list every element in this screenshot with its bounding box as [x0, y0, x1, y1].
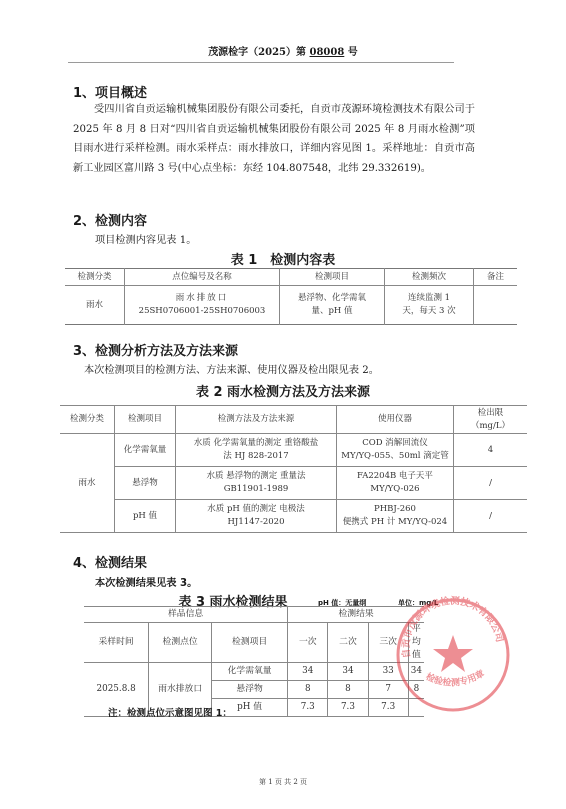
cell-average: [408, 699, 424, 717]
method-line: GB11901-1989: [178, 483, 334, 496]
method-line: 法 HJ 828-2017: [178, 450, 334, 463]
cell-method: 水质 悬浮物的测定 重量法 GB11901-1989: [176, 467, 337, 500]
instrument-line: MY/YQ-026: [339, 483, 451, 496]
cell-method: 水质 pH 值的测定 电极法 HJ1147-2020: [176, 500, 337, 533]
items-line: 悬浮物、化学需氧: [282, 292, 382, 305]
col-header: 检测分类: [65, 269, 125, 286]
items-line: 量、pH 值: [282, 305, 382, 318]
col-header: 三次: [368, 623, 408, 663]
group-header-sample-info: 样品信息: [84, 607, 288, 623]
table-header-row: 检测分类 点位编号及名称 检测项目 检测频次 备注: [65, 269, 517, 286]
cell-result-2: 7.3: [328, 699, 368, 717]
point-code: 25SH0706001-25SH0706003: [127, 305, 277, 318]
cell-limit: /: [454, 500, 528, 533]
report-number-value: 08008: [310, 47, 345, 58]
table-row: 雨水 雨水排放口 25SH0706001-25SH0706003 悬浮物、化学需…: [65, 286, 517, 325]
instrument-line: COD 消解回流仪: [339, 437, 451, 450]
note-figure-reference: 注：检测点位示意图见图 1：: [108, 705, 232, 719]
table-row: 2025.8.8 雨水排放口 化学需氧量 34 34 33 34: [84, 663, 424, 681]
section-1-title: 1、项目概述: [73, 82, 147, 101]
cell-instrument: PHBJ-260 便携式 PH 计 MY/YQ-024: [337, 500, 454, 533]
instrument-line: MY/YQ-055、50ml 滴定管: [339, 450, 451, 463]
cell-result-1: 34: [288, 663, 328, 681]
cell-average: 8: [408, 681, 424, 699]
report-number-suffix: 号: [344, 47, 357, 58]
cell-result-1: 7.3: [288, 699, 328, 717]
frequency-line: 天，每天 3 次: [387, 305, 471, 318]
table-1-caption: 表 1 检测内容表: [0, 249, 566, 268]
table-3-results: 样品信息 检测结果 采样时间 检测点位 检测项目 一次 二次 三次 平均值 20…: [84, 606, 424, 717]
cell-remark: [474, 286, 518, 325]
section-3-intro: 本次检测项目的检测方法、方法来源、使用仪器及检出限见表 2。: [84, 361, 379, 376]
col-header: 检测项目: [280, 269, 385, 286]
col-header: 平均值: [408, 623, 424, 663]
header-divider: [68, 62, 454, 63]
col-header: 一次: [288, 623, 328, 663]
cell-result-3: 7.3: [368, 699, 408, 717]
table-row: pH 值 水质 pH 值的测定 电极法 HJ1147-2020 PHBJ-260…: [60, 500, 527, 533]
section-1-body: 受四川省自贡运输机械集团股份有限公司委托，自贡市茂源环境检测技术有限公司于 20…: [73, 100, 475, 178]
instrument-line: PHBJ-260: [339, 503, 451, 516]
table-header-row: 检测分类 检测项目 检测方法及方法来源 使用仪器 检出限 （mg/L）: [60, 406, 527, 434]
table-2-caption: 表 2 雨水检测方法及方法来源: [0, 381, 566, 400]
instrument-line: FA2204B 电子天平: [339, 470, 451, 483]
frequency-line: 连续监测 1: [387, 292, 471, 305]
table-1-detection-content: 检测分类 点位编号及名称 检测项目 检测频次 备注 雨水 雨水排放口 25SH0…: [65, 268, 517, 325]
col-header: 备注: [474, 269, 518, 286]
col-header: 采样时间: [84, 623, 149, 663]
cell-items: 悬浮物、化学需氧 量、pH 值: [280, 286, 385, 325]
method-line: 水质 化学需氧量的测定 重铬酸盐: [178, 437, 334, 450]
report-number-prefix: 茂源检字（2025）第: [208, 47, 309, 58]
cell-point: 雨水排放口 25SH0706001-25SH0706003: [125, 286, 280, 325]
report-number-header: 茂源检字（2025）第 08008 号: [0, 43, 566, 58]
col-header: 使用仪器: [337, 406, 454, 434]
col-header: 检测点位: [149, 623, 212, 663]
col-header: 检测项目: [115, 406, 176, 434]
limit-label: 检出限: [456, 407, 525, 420]
cell-result-2: 8: [328, 681, 368, 699]
col-header: 检测项目: [212, 623, 288, 663]
method-line: 水质 悬浮物的测定 重量法: [178, 470, 334, 483]
cell-result-2: 34: [328, 663, 368, 681]
limit-unit: （mg/L）: [456, 420, 525, 433]
section-3-title: 3、检测分析方法及方法来源: [73, 340, 238, 359]
cell-instrument: COD 消解回流仪 MY/YQ-055、50ml 滴定管: [337, 434, 454, 467]
cell-result-3: 7: [368, 681, 408, 699]
table-2-methods: 检测分类 检测项目 检测方法及方法来源 使用仪器 检出限 （mg/L） 雨水 化…: [60, 405, 527, 533]
cell-category: 雨水: [60, 434, 115, 533]
cell-item: 化学需氧量: [115, 434, 176, 467]
table-row: 雨水 化学需氧量 水质 化学需氧量的测定 重铬酸盐 法 HJ 828-2017 …: [60, 434, 527, 467]
cell-item: 悬浮物: [212, 681, 288, 699]
table-row: 悬浮物 水质 悬浮物的测定 重量法 GB11901-1989 FA2204B 电…: [60, 467, 527, 500]
col-header: 检测频次: [385, 269, 474, 286]
cell-result-1: 8: [288, 681, 328, 699]
seal-inner-text: 检验检测专用章: [424, 667, 487, 689]
table-header-row: 采样时间 检测点位 检测项目 一次 二次 三次 平均值: [84, 623, 424, 663]
cell-method: 水质 化学需氧量的测定 重铬酸盐 法 HJ 828-2017: [176, 434, 337, 467]
svg-text:检验检测专用章: 检验检测专用章: [424, 667, 487, 689]
cell-item: 化学需氧量: [212, 663, 288, 681]
section-4-intro: 本次检测结果见表 3。: [95, 574, 197, 589]
page-footer: 第 1 页 共 2 页: [0, 777, 566, 787]
cell-item: pH 值: [115, 500, 176, 533]
col-header: 检测方法及方法来源: [176, 406, 337, 434]
group-header-row: 样品信息 检测结果: [84, 607, 424, 623]
section-2-title: 2、检测内容: [73, 210, 147, 229]
cell-item: 悬浮物: [115, 467, 176, 500]
cell-instrument: FA2204B 电子天平 MY/YQ-026: [337, 467, 454, 500]
col-header: 二次: [328, 623, 368, 663]
cell-average: 34: [408, 663, 424, 681]
col-header-limit: 检出限 （mg/L）: [454, 406, 528, 434]
instrument-line: 便携式 PH 计 MY/YQ-024: [339, 516, 451, 529]
section-4-title: 4、检测结果: [73, 552, 147, 571]
method-line: 水质 pH 值的测定 电极法: [178, 503, 334, 516]
col-header: 点位编号及名称: [125, 269, 280, 286]
cell-result-3: 33: [368, 663, 408, 681]
cell-limit: /: [454, 467, 528, 500]
section-2-intro: 项目检测内容见表 1。: [95, 231, 196, 246]
cell-frequency: 连续监测 1 天，每天 3 次: [385, 286, 474, 325]
cell-limit: 4: [454, 434, 528, 467]
col-header: 检测分类: [60, 406, 115, 434]
point-name: 雨水排放口: [127, 292, 277, 305]
method-line: HJ1147-2020: [178, 516, 334, 529]
cell-category: 雨水: [65, 286, 125, 325]
group-header-results: 检测结果: [288, 607, 424, 623]
